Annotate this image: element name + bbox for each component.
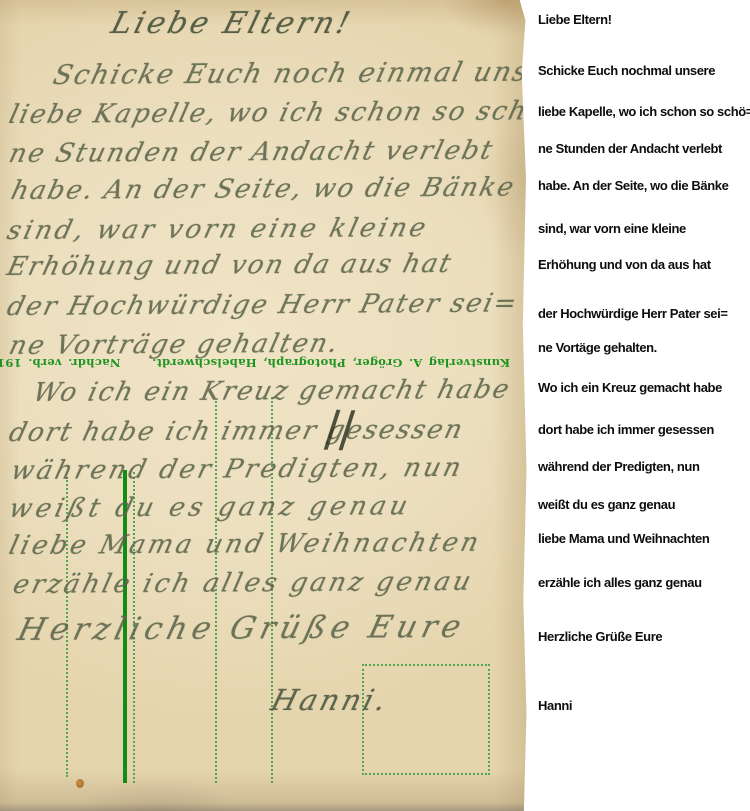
transcription-panel: Liebe Eltern!Schicke Euch nochmal unsere… [527, 0, 750, 811]
handwriting-signature: Hanni. [267, 683, 393, 717]
paper-stain [76, 779, 84, 788]
transcription-line: Liebe Eltern! [538, 12, 612, 27]
handwriting-line: erzähle ich alles ganz genau [10, 567, 477, 600]
transcription-line: Wo ich ein Kreuz gemacht habe [538, 380, 722, 395]
transcription-line: dort habe ich immer gesessen [538, 422, 714, 437]
transcription-line: Schicke Euch nochmal unsere [538, 63, 715, 78]
transcription-line: ne Vortäge gehalten. [538, 340, 657, 355]
transcription-line: erzähle ich alles ganz genau [538, 575, 702, 590]
handwriting-line: während der Predigten, nun [8, 453, 467, 486]
handwriting-line: ne Stunden der Andacht verlebt [6, 136, 497, 169]
transcription-line: liebe Kapelle, wo ich schon so schö= [538, 104, 750, 119]
handwriting-line: sind, war vorn eine kleine [4, 213, 432, 246]
transcription-line: liebe Mama und Weihnachten [538, 531, 709, 546]
transcription-line: Erhöhung und von da aus hat [538, 257, 711, 272]
postcard-scan: Kunstverlag A. Gröger, Photograph, Habel… [0, 0, 527, 811]
handwriting-line: Wo ich ein Kreuz gemacht habe [30, 375, 514, 408]
handwriting-line: dort habe ich immer gesessen [6, 415, 467, 448]
transcription-line: weißt du es ganz genau [538, 497, 675, 512]
handwriting-body: Schicke Euch noch einmal unsereliebe Kap… [0, 0, 527, 811]
transcription-line: während der Predigten, nun [538, 459, 700, 474]
handwriting-line: Schicke Euch noch einmal unsere [50, 56, 583, 91]
scanned-postcard-page: Kunstverlag A. Gröger, Photograph, Habel… [0, 0, 750, 811]
transcription-line: sind, war vorn eine kleine [538, 221, 686, 236]
transcription-line: habe. An der Seite, wo die Bänke [538, 178, 728, 193]
transcription-line: der Hochwürdige Herr Pater sei= [538, 306, 728, 321]
handwriting-line: liebe Kapelle, wo ich schon so schö= [6, 96, 573, 130]
handwriting-line: Erhöhung und von da aus hat [4, 249, 456, 282]
transcription-line: Herzliche Grüße Eure [538, 629, 662, 644]
handwriting-line: liebe Mama und Weihnachten [6, 528, 485, 561]
handwriting-line: der Hochwürdige Herr Pater sei= [4, 288, 522, 322]
handwriting-line: weißt du es ganz genau [6, 491, 415, 524]
handwriting-line: habe. An der Seite, wo die Bänke [8, 172, 519, 206]
handwriting-line: ne Vorträge gehalten. [6, 329, 343, 361]
handwriting-line: Herzliche Grüße Eure [14, 609, 470, 648]
transcription-line: ne Stunden der Andacht verlebt [538, 141, 722, 156]
transcription-line: Hanni [538, 698, 572, 713]
